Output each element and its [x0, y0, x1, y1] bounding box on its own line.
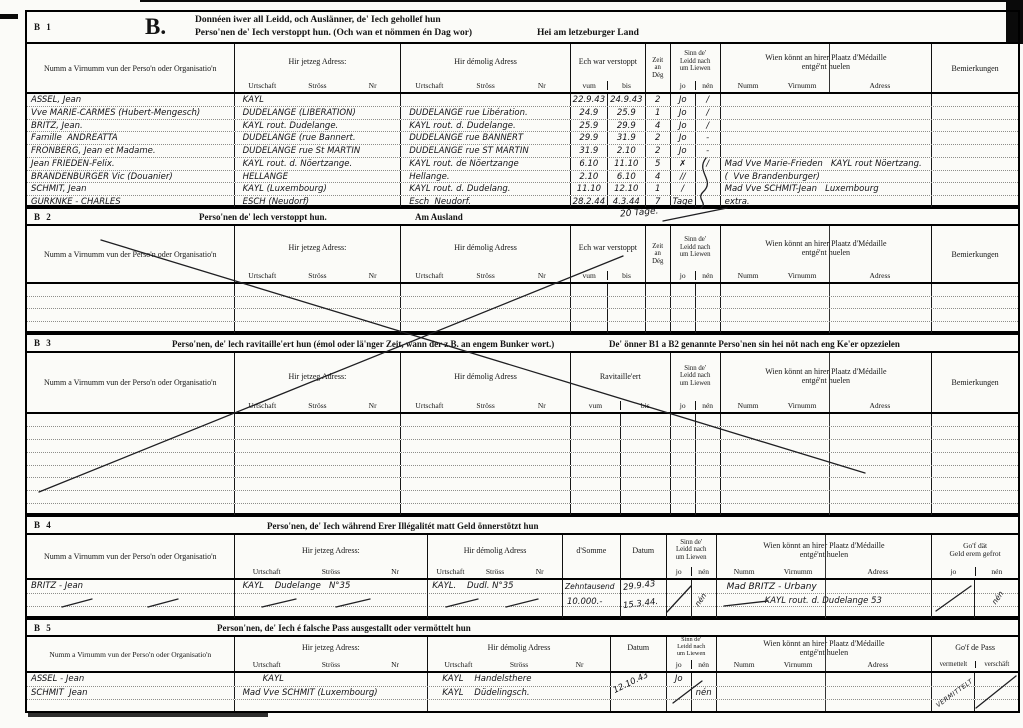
b1-col-sinn: Sinn de'Leidd nachum Liewen jonén: [671, 44, 721, 92]
b3-col-jetzeg: Hir jetzeg Adress: UrtschaftStrössNr: [235, 353, 402, 412]
cell-bis: 12.10: [608, 183, 646, 195]
b1-col-jetzeg: Hir jetzeg Adress: UrtschaftStrössNr: [235, 44, 402, 92]
b2-col-demolig: Hir démolig Adress UrtschaftStrössNr: [401, 226, 571, 282]
cell-jo: Jo: [671, 94, 696, 106]
table-row: [27, 491, 1018, 504]
table-row: Famille ANDREATTA DUDELANGE (rue Bannert…: [27, 132, 1018, 145]
table-row: [27, 284, 1018, 297]
b1-col-demolig: Hir démolig Adress UrtschaftStrössNr: [401, 44, 571, 92]
form-title-line1: Donnéen iwer all Leidd, och Auslänner, d…: [195, 15, 441, 25]
section-b2-subtitle: Am Ausland: [415, 212, 463, 222]
b2-col-wien: Wien könnt an hirer Plaatz d'Médailleent…: [721, 226, 933, 282]
scan-edge-top: [140, 0, 1015, 2]
cell-nen: [696, 183, 721, 195]
cell-zeit: 1: [646, 183, 671, 195]
cell-nen: -: [696, 132, 721, 144]
cell-jetzeg-adress: HELLANGE: [235, 171, 402, 183]
b4-col-datum: Datum: [621, 535, 667, 578]
table-row: ASSEL, Jean KAYL 22.9.43 24.9.43 2 Jo /: [27, 94, 1018, 107]
cell-bemierkungen: [932, 107, 1018, 119]
table-row: [27, 440, 1018, 453]
section-b2-title: Perso'nen de' lech verstoppt hun.: [199, 212, 327, 222]
table-row: Vve MARIE-CARMES (Hubert-Mengesch) DUDEL…: [27, 107, 1018, 120]
cell-jo: Jo: [671, 120, 696, 132]
cell-vum: 2.10: [571, 171, 608, 183]
cell-wien: [717, 673, 933, 686]
b4-column-headers: Numm a Virnumm vun der Perso'n oder Orga…: [27, 535, 1018, 580]
cell-vum: 25.9: [571, 120, 608, 132]
cell-bemierkungen: [932, 94, 1018, 106]
form-title-line2: Perso'nen de' Iech verstoppt hun. (Och w…: [195, 28, 472, 38]
b5-col-name: Numm a Virnumm vun der Perso'n oder Orga…: [27, 637, 235, 671]
cell-name: ASSEL - Jean: [27, 673, 235, 686]
cell-jetzeg-adress: KAYL Dudelange N°35: [235, 580, 429, 618]
cell-jetzeg-adress: DUDELANGE (LIBERATION): [235, 107, 402, 119]
b2-col-verstoppt: Ech war verstoppt vumbis: [571, 226, 646, 282]
table-row: FRONBERG, Jean et Madame. DUDELANGE rue …: [27, 145, 1018, 158]
cell-somme: Zehntausend 10.000.-: [563, 580, 621, 618]
cell-jo: Jo: [667, 673, 692, 686]
cell-jetzeg-adress: KAYL: [235, 673, 429, 686]
b2-col-sinn: Sinn de'Leidd nachum Liewen jonén: [671, 226, 721, 282]
cell-wien: [721, 94, 933, 106]
table-row: BRITZ - Jean KAYL Dudelange N°35 KAYL. D…: [27, 580, 1018, 618]
cell-name: BRITZ, Jean.: [27, 120, 235, 132]
cell-bemierkungen: [932, 171, 1018, 183]
cell-name: FRONBERG, Jean et Madame.: [27, 145, 235, 157]
b2-col-bem: Bemierkungen: [932, 226, 1018, 282]
b5-column-headers: Numm a Virnumm vun der Perso'n oder Orga…: [27, 637, 1018, 673]
cell-jetzeg-adress: KAYL: [235, 94, 402, 106]
b5-col-datum: Datum: [611, 637, 667, 671]
b1-body: ASSEL, Jean KAYL 22.9.43 24.9.43 2 Jo / …: [27, 94, 1018, 209]
cell-name: BRANDENBURGER Vic (Douanier): [27, 171, 235, 183]
cell-demolig-adress: KAYL Handelsthere: [428, 673, 611, 686]
cell-jo: Jo: [671, 132, 696, 144]
b3-column-headers: Numm a Virnumm vun der Perso'n oder Orga…: [27, 353, 1018, 414]
cell-wien: Mad Vve SCHMIT-Jean Luxembourg: [721, 183, 933, 195]
cell-vum: 6.10: [571, 158, 608, 170]
b2-col-name: Numm a Virnumm vun der Perso'n oder Orga…: [27, 226, 235, 282]
table-row: [27, 700, 1018, 711]
b4-body: BRITZ - Jean KAYL Dudelange N°35 KAYL. D…: [27, 580, 1018, 618]
cell-demolig-adress: DUDELANGE rue BANNERT: [401, 132, 571, 144]
cell-wien: Mad Vve Marie-Frieden KAYL rout Nöertzan…: [721, 158, 933, 170]
cell-bemierkungen: [932, 158, 1018, 170]
cell-jo: ✗: [671, 158, 696, 170]
form-title-right: Hei am letzeburger Land: [537, 28, 639, 38]
table-row: [27, 414, 1018, 427]
cell-name: SCHMIT Jean: [27, 687, 235, 700]
cell-jo: Jo: [671, 107, 696, 119]
b4-col-name: Numm a Virnumm vun der Perso'n oder Orga…: [27, 535, 235, 578]
cell-demolig-adress: DUDELANGE rue ST MARTIN: [401, 145, 571, 157]
b3-col-sinn: Sinn de'Leidd nachum Liewen jonén: [671, 353, 721, 412]
b1-column-headers: Numm a Virnumm vun der Perso'n oder Orga…: [27, 44, 1018, 94]
b4-col-somme: d'Somme: [563, 535, 621, 578]
section-b2-header: B 2 Perso'nen de' lech verstoppt hun. Am…: [27, 209, 1018, 226]
cell-nen: [692, 673, 717, 686]
b3-col-ravitaille: Ravitaille'ert vumbis: [571, 353, 671, 412]
cell-nen: /: [696, 94, 721, 106]
b4-col-gof-geld: Go'f dätGeld erem gefrot jonén: [932, 535, 1018, 578]
table-row: BRITZ, Jean. KAYL rout. Dudelange. KAYL …: [27, 120, 1018, 133]
cell-zeit: 5: [646, 158, 671, 170]
cell-name: BRITZ - Jean: [27, 580, 235, 618]
cell-name: Jean FRIEDEN-Felix.: [27, 158, 235, 170]
cell-wien: [721, 145, 933, 157]
table-row: [27, 309, 1018, 322]
cell-bemierkungen: [932, 120, 1018, 132]
cell-bis: 29.9: [608, 120, 646, 132]
cell-pass-verschaft: [975, 687, 1018, 700]
b3-body: [27, 414, 1018, 517]
cell-bis: 25.9: [608, 107, 646, 119]
cell-vum: 22.9.43: [571, 94, 608, 106]
b1-col-name: Numm a Virnumm vun der Perso'n oder Orga…: [27, 44, 235, 92]
cell-pass-verschaft: [975, 673, 1018, 686]
cell-bemierkungen: [932, 183, 1018, 195]
b4-col-jetzeg: Hir jetzeg Adress: UrtschaftStrössNr: [235, 535, 429, 578]
cell-gof-jo: [932, 580, 975, 618]
b4-col-wien: Wien könnt an hirer Plaatz d'Médailleent…: [717, 535, 933, 578]
cell-wien: [721, 107, 933, 119]
cell-jo: [667, 687, 692, 700]
b5-col-gof-pass: Go'f de Pass vermetteltverschäft: [932, 637, 1018, 671]
section-b2-label: B 2: [34, 212, 53, 222]
cell-zeit: 2: [646, 94, 671, 106]
b1-col-bem: Bemierkungen: [932, 44, 1018, 92]
cell-nen: [696, 171, 721, 183]
table-row: SCHMIT, Jean KAYL (Luxembourg) KAYL rout…: [27, 183, 1018, 196]
cell-jo: //: [671, 171, 696, 183]
section-b3-label: B 3: [34, 338, 53, 348]
table-row: [27, 427, 1018, 440]
cell-nen: nén: [692, 687, 717, 700]
b4-col-sinn: Sinn de'Leidd nachum Liewen jonén: [667, 535, 717, 578]
cell-demolig-adress: [401, 94, 571, 106]
table-row: [27, 453, 1018, 466]
cell-jo: Jo: [671, 145, 696, 157]
cell-zeit: 1: [646, 107, 671, 119]
scan-edge-top-left: [0, 14, 18, 19]
section-b2: B 2 Perso'nen de' lech verstoppt hun. Am…: [25, 207, 1020, 333]
cell-bis: 11.10: [608, 158, 646, 170]
cell-wien: [721, 120, 933, 132]
b5-col-demolig: Hir démolig Adress UrtschaftStrössNr: [428, 637, 611, 671]
cell-name: SCHMIT, Jean: [27, 183, 235, 195]
cell-jo: [667, 580, 692, 618]
section-b5-header: B 5 Person'nen, de' Iech é falsche Pass …: [27, 620, 1018, 637]
cell-jetzeg-adress: DUDELANGE (rue Bannert.: [235, 132, 402, 144]
cell-zeit: 4: [646, 171, 671, 183]
section-b5: B 5 Person'nen, de' Iech é falsche Pass …: [25, 618, 1020, 713]
cell-wien: [721, 132, 933, 144]
scanned-form-page: B 1 B. Donnéen iwer all Leidd, och Auslä…: [0, 0, 1023, 728]
cell-jetzeg-adress: KAYL rout. Dudelange.: [235, 120, 402, 132]
cell-bis: 6.10: [608, 171, 646, 183]
cell-nen: /: [696, 120, 721, 132]
cell-bis: 2.10: [608, 145, 646, 157]
section-b1-header: B 1 B. Donnéen iwer all Leidd, och Auslä…: [27, 12, 1018, 44]
cell-demolig-adress: DUDELANGE rue Libération.: [401, 107, 571, 119]
cell-zeit: 2: [646, 145, 671, 157]
section-b3-title: Perso'nen, de' lech ravitaille'ert hun (…: [172, 339, 554, 349]
b3-col-bem: Bemierkungen: [932, 353, 1018, 412]
b2-column-headers: Numm a Virnumm vun der Perso'n oder Orga…: [27, 226, 1018, 284]
cell-name: ASSEL, Jean: [27, 94, 235, 106]
section-b1-label: B 1: [34, 22, 53, 32]
section-b1: B 1 B. Donnéen iwer all Leidd, och Auslä…: [25, 10, 1020, 207]
section-b4-header: B 4 Perso'nen, de' Iech während Erer Ill…: [27, 517, 1018, 535]
b5-col-wien: Wien könnt an hirer Plaatz d'Médailleent…: [717, 637, 933, 671]
table-row: [27, 297, 1018, 310]
cell-bis: 31.9: [608, 132, 646, 144]
b4-col-demolig: Hir démolig Adress UrtschaftStrössNr: [428, 535, 563, 578]
cell-vum: 11.10: [571, 183, 608, 195]
b5-body: ASSEL - Jean KAYL KAYL Handelsthere Jo S…: [27, 673, 1018, 711]
cell-jetzeg-adress: DUDELANGE rue St MARTIN: [235, 145, 402, 157]
table-row: SCHMIT Jean Mad Vve SCHMIT (Luxembourg) …: [27, 687, 1018, 701]
cell-name: Famille ANDREATTA: [27, 132, 235, 144]
cell-demolig-adress: KAYL. Dudl. N°35: [428, 580, 563, 618]
cell-nen: /: [696, 107, 721, 119]
section-b5-title: Person'nen, de' Iech é falsche Pass ausg…: [217, 623, 471, 633]
cell-datum: 29.9.43 15.3.44.: [621, 580, 667, 618]
cell-wien: [717, 687, 933, 700]
cell-demolig-adress: KAYL rout. d. Dudelang.: [401, 183, 571, 195]
cell-gof-nen: nén: [975, 580, 1018, 618]
b2-col-zeit: ZeitanDég: [646, 226, 671, 282]
cell-bemierkungen: [932, 132, 1018, 144]
cell-bis: 24.9.43: [608, 94, 646, 106]
cell-vum: 29.9: [571, 132, 608, 144]
cell-nen: nén: [692, 580, 717, 618]
cell-jetzeg-adress: KAYL rout. d. Nöertzange.: [235, 158, 402, 170]
b2-body: [27, 284, 1018, 334]
section-b3-title2: De' önner B1 a B2 genannte Perso'nen sin…: [609, 339, 900, 349]
cell-nen: /: [696, 158, 721, 170]
section-b5-label: B 5: [34, 623, 53, 633]
section-b4: B 4 Perso'nen, de' Iech während Erer Ill…: [25, 515, 1020, 618]
section-b3: B 3 Perso'nen, de' lech ravitaille'ert h…: [25, 333, 1020, 515]
table-row: [27, 466, 1018, 479]
b1-col-wien: Wien könnt an hirer Plaatz d'Médailleent…: [721, 44, 933, 92]
cell-vum: 24.9: [571, 107, 608, 119]
table-row: [27, 478, 1018, 491]
cell-wien: Mad BRITZ - Urbany KAYL rout. d. Dudelan…: [717, 580, 933, 618]
b1-col-verstoppt: Ech war verstoppt vumbis: [571, 44, 646, 92]
b2-col-jetzeg: Hir jetzeg Adress: UrtschaftStrössNr: [235, 226, 402, 282]
cell-vum: 31.9: [571, 145, 608, 157]
cell-demolig-adress: KAYL Düdelingsch.: [428, 687, 611, 700]
form-big-letter: B.: [145, 14, 166, 40]
b3-col-wien: Wien könnt an hirer Plaatz d'Médailleent…: [721, 353, 933, 412]
cell-nen: -: [696, 145, 721, 157]
cell-zeit: 4: [646, 120, 671, 132]
cell-demolig-adress: KAYL rout. de Nöertzange: [401, 158, 571, 170]
cell-jo: /: [671, 183, 696, 195]
section-b4-title: Perso'nen, de' Iech während Erer Illégal…: [267, 521, 538, 531]
cell-zeit: 2: [646, 132, 671, 144]
b5-col-sinn: Sinn de'Leidd nachum Liewen jonén: [667, 637, 717, 671]
b3-col-name: Numm a Virnumm vun der Perso'n oder Orga…: [27, 353, 235, 412]
b3-col-demolig: Hir démolig Adress UrtschaftStrössNr: [401, 353, 571, 412]
table-row: ASSEL - Jean KAYL KAYL Handelsthere Jo: [27, 673, 1018, 687]
section-b4-label: B 4: [34, 520, 53, 530]
cell-jetzeg-adress: KAYL (Luxembourg): [235, 183, 402, 195]
cell-name: Vve MARIE-CARMES (Hubert-Mengesch): [27, 107, 235, 119]
cell-demolig-adress: Hellange.: [401, 171, 571, 183]
section-b3-header: B 3 Perso'nen, de' lech ravitaille'ert h…: [27, 335, 1018, 353]
cell-bemierkungen: [932, 145, 1018, 157]
cell-wien: ( Vve Brandenburger): [721, 171, 933, 183]
table-row: Jean FRIEDEN-Felix. KAYL rout. d. Nöertz…: [27, 158, 1018, 171]
b5-col-jetzeg: Hir jetzeg Adress: UrtschaftStrössNr: [235, 637, 429, 671]
table-row: BRANDENBURGER Vic (Douanier) HELLANGE He…: [27, 171, 1018, 184]
cell-demolig-adress: KAYL rout. d. Dudelange.: [401, 120, 571, 132]
b1-col-zeit: ZeitanDég: [646, 44, 671, 92]
cell-jetzeg-adress: Mad Vve SCHMIT (Luxembourg): [235, 687, 429, 700]
